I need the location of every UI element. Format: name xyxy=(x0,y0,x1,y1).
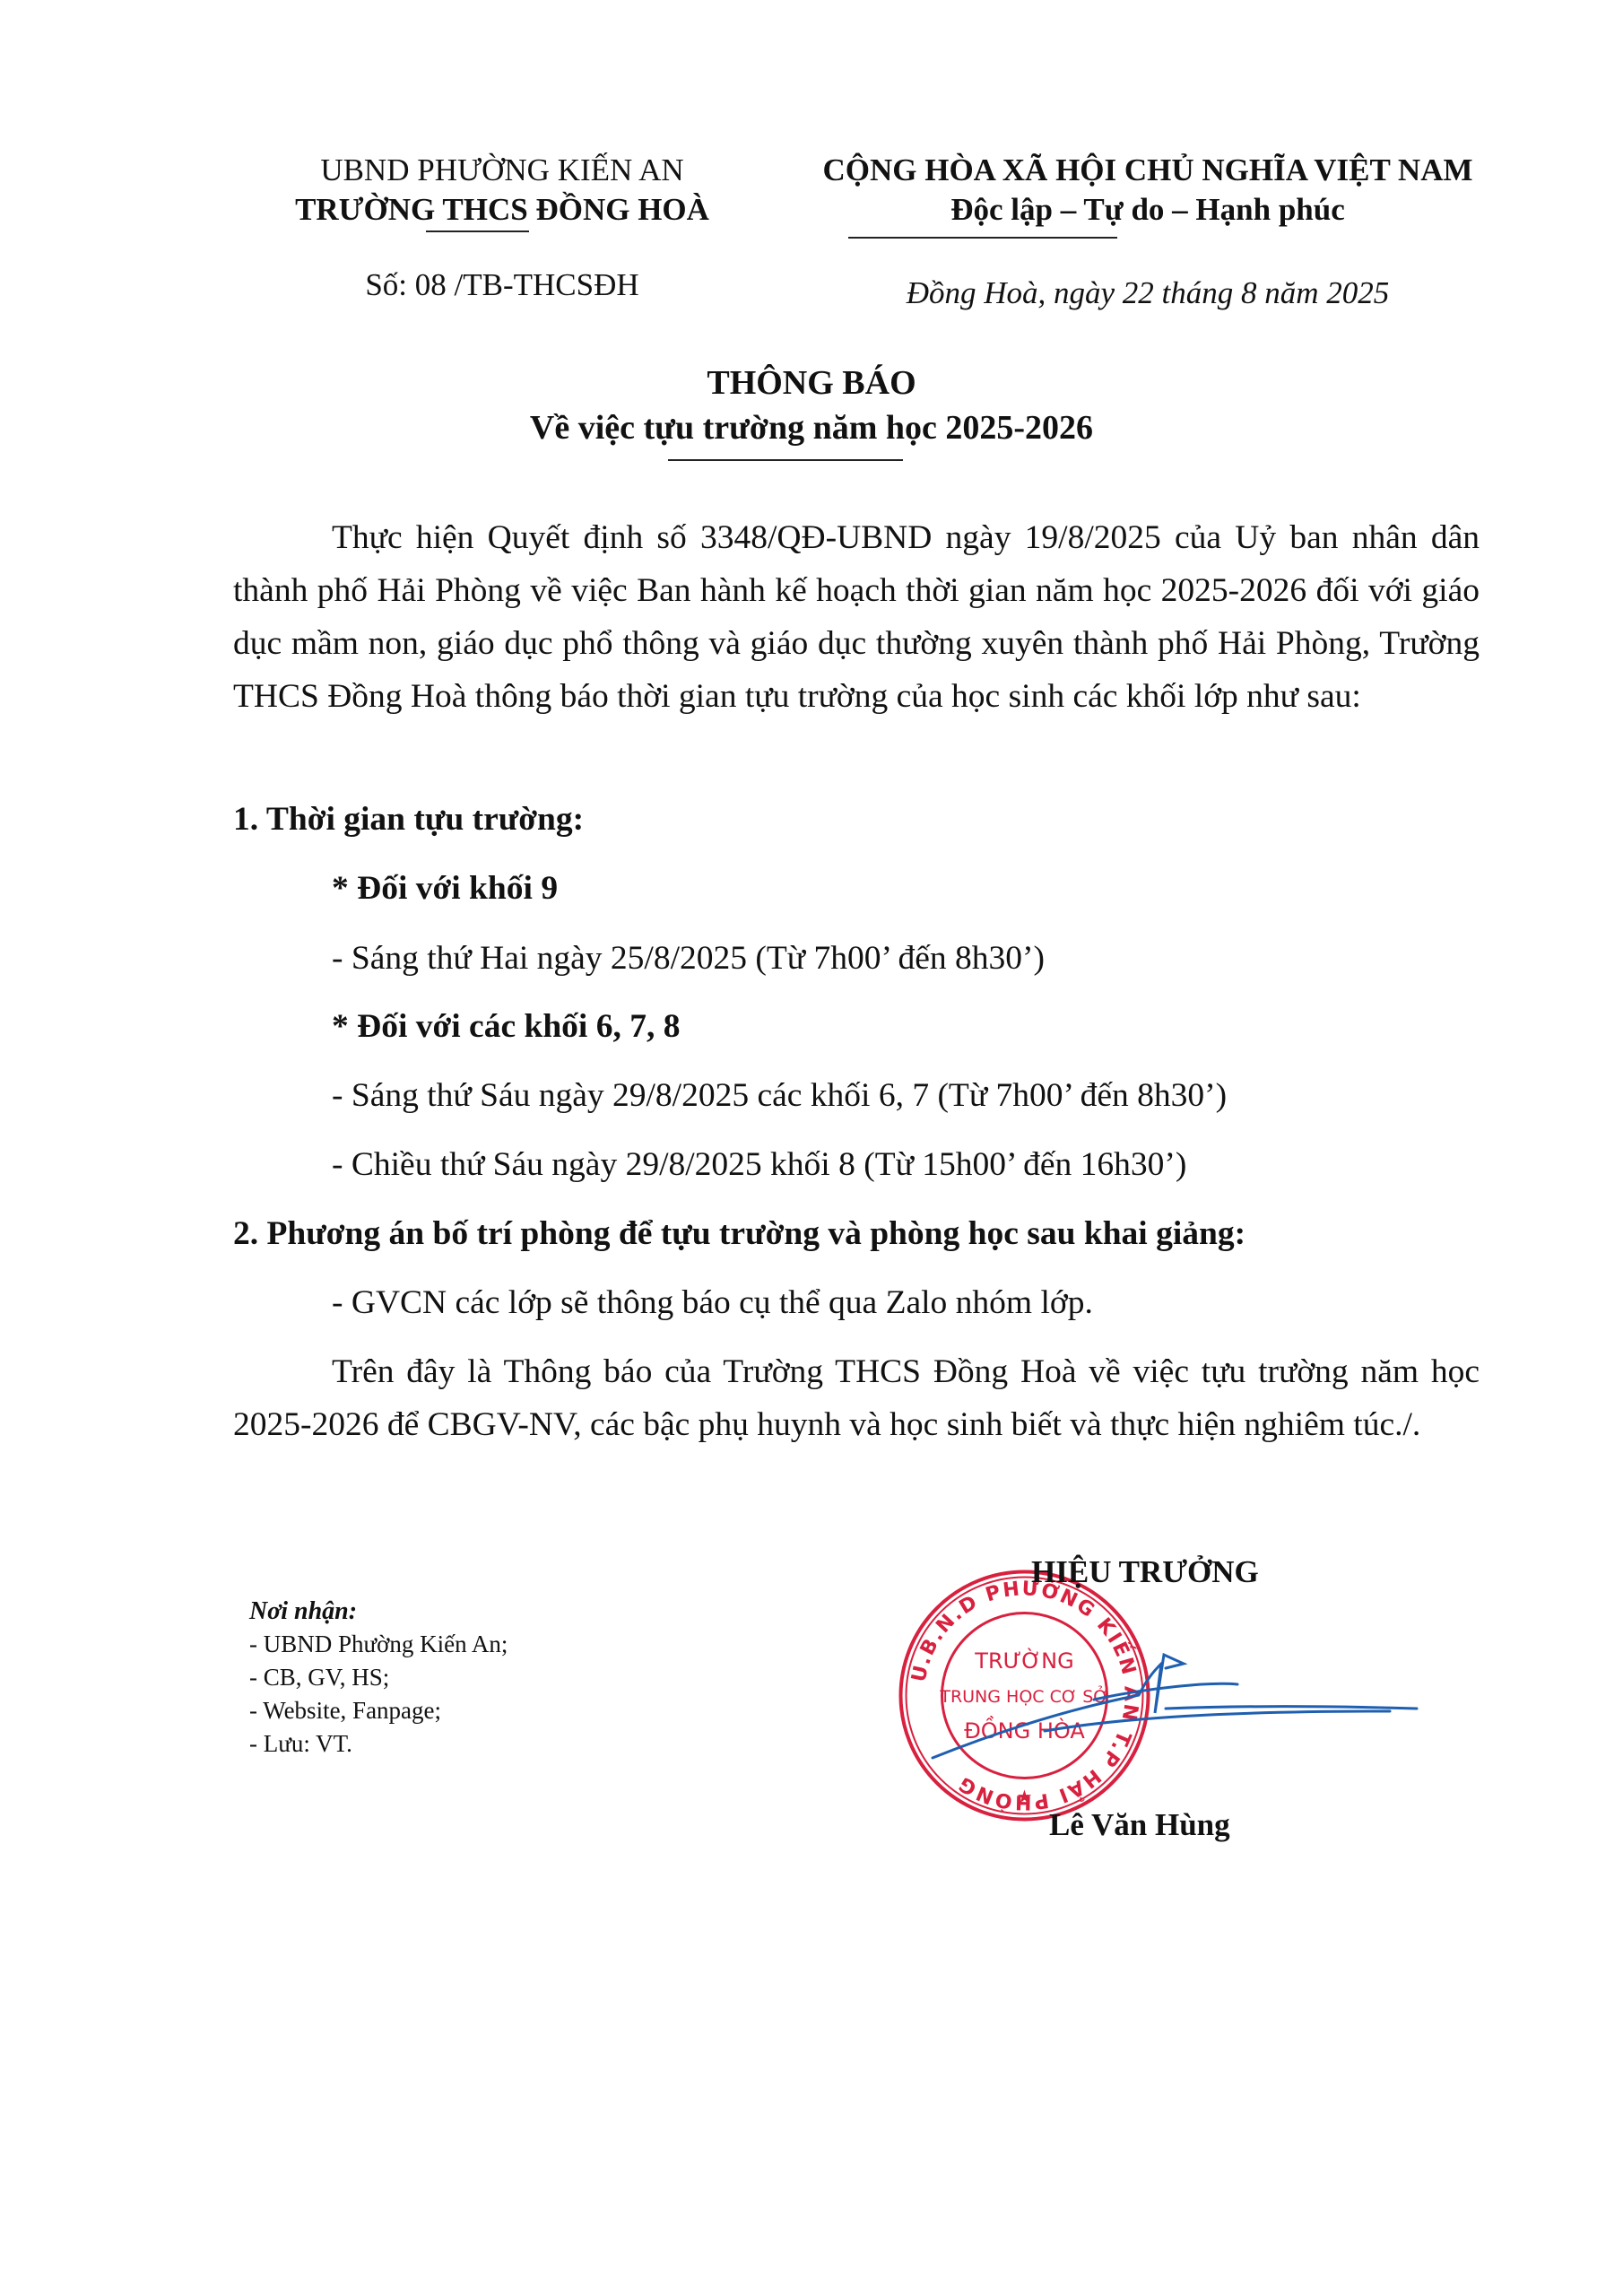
grade-9-schedule: - Sáng thứ Hai ngày 25/8/2025 (Từ 7h00’ … xyxy=(332,932,1045,985)
issuing-agency-block: UBND PHƯỜNG KIẾN AN TRƯỜNG THCS ĐỒNG HOÀ xyxy=(260,151,744,230)
recipients-block: Nơi nhận: - UBND Phường Kiến An; - CB, G… xyxy=(249,1595,508,1761)
signer-name: Lê Văn Hùng xyxy=(1049,1807,1230,1843)
document-title: THÔNG BÁO xyxy=(0,361,1623,405)
intro-paragraph: Thực hiện Quyết định số 3348/QĐ-UBND ngà… xyxy=(233,511,1480,723)
grade-9-heading: * Đối với khối 9 xyxy=(332,862,558,915)
document-subtitle: Về việc tựu trường năm học 2025-2026 xyxy=(0,405,1623,450)
agency-name: UBND PHƯỜNG KIẾN AN xyxy=(260,151,744,190)
recipient-item: - Lưu: VT. xyxy=(249,1727,508,1761)
grades-6-7-8-heading: * Đối với các khối 6, 7, 8 xyxy=(332,1000,680,1053)
title-underline xyxy=(668,459,903,461)
document-number: Số: 08 /TB-THCSĐH xyxy=(260,267,744,303)
motto-underline xyxy=(848,237,1117,239)
recipient-item: - CB, GV, HS; xyxy=(249,1661,508,1694)
section-2-item: - GVCN các lớp sẽ thông báo cụ thể qua Z… xyxy=(332,1276,1093,1329)
grade-8-schedule: - Chiều thứ Sáu ngày 29/8/2025 khối 8 (T… xyxy=(332,1138,1186,1191)
nation-name: CỘNG HÒA XÃ HỘI CHỦ NGHĨA VIỆT NAM xyxy=(762,151,1533,190)
grades-6-7-schedule: - Sáng thứ Sáu ngày 29/8/2025 các khối 6… xyxy=(332,1069,1227,1122)
svg-text:★: ★ xyxy=(1017,1786,1033,1807)
recipient-item: - UBND Phường Kiến An; xyxy=(249,1628,508,1661)
recipients-heading: Nơi nhận: xyxy=(249,1595,508,1628)
place-and-date: Đồng Hoà, ngày 22 tháng 8 năm 2025 xyxy=(762,275,1533,311)
recipient-item: - Website, Fanpage; xyxy=(249,1694,508,1727)
school-name: TRƯỜNG THCS ĐỒNG HOÀ xyxy=(260,190,744,230)
national-header-block: CỘNG HÒA XÃ HỘI CHỦ NGHĨA VIỆT NAM Độc l… xyxy=(762,151,1533,230)
signer-title: HIỆU TRƯỞNG xyxy=(1031,1554,1259,1590)
section-1-heading: 1. Thời gian tựu trường: xyxy=(233,793,584,846)
handwritten-signature-icon xyxy=(915,1650,1435,1785)
school-underline xyxy=(426,230,529,232)
national-motto: Độc lập – Tự do – Hạnh phúc xyxy=(762,190,1533,230)
section-2-heading: 2. Phương án bố trí phòng để tựu trường … xyxy=(233,1207,1245,1260)
closing-paragraph: Trên đây là Thông báo của Trường THCS Đồ… xyxy=(233,1345,1480,1451)
